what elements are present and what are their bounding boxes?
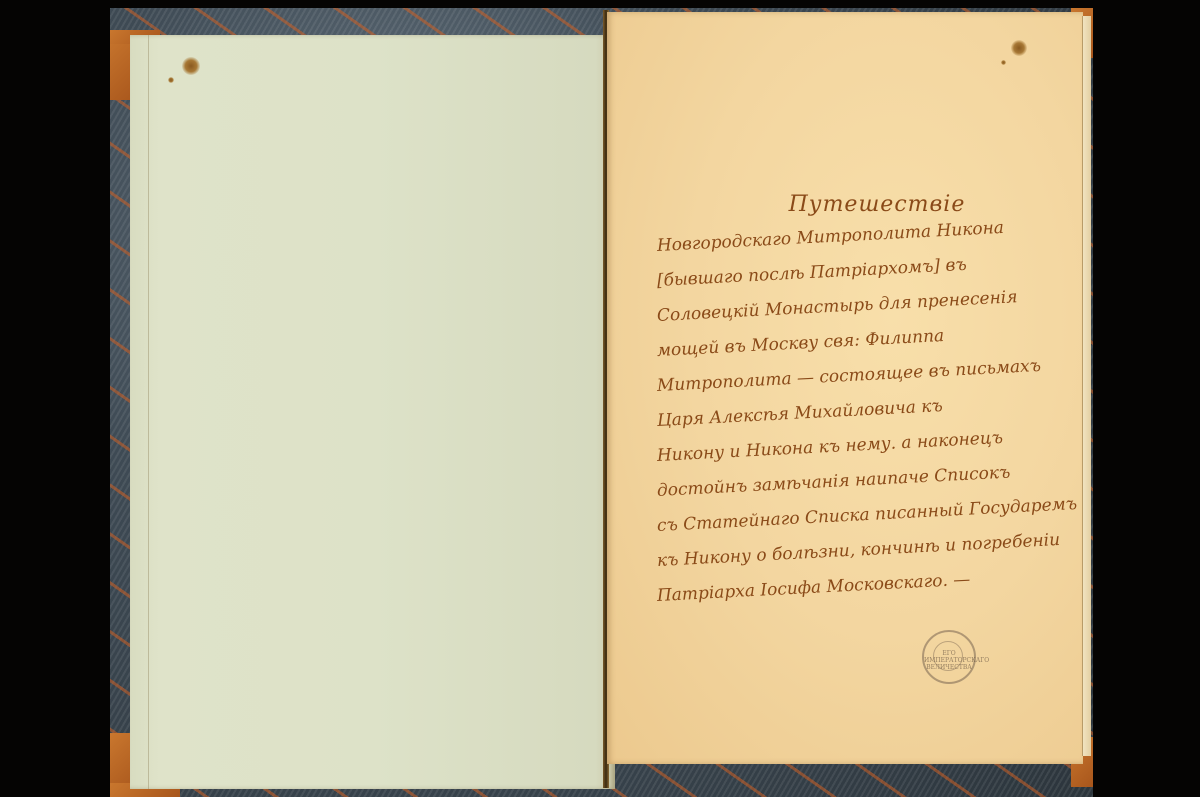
foxing-stain <box>168 77 174 83</box>
stamp-text: ЕГО ИМПЕРАТОРСКАГО ВЕЛИЧЕСТВА <box>924 650 974 671</box>
foxing-stain <box>182 57 200 75</box>
left-endpaper <box>130 35 615 789</box>
library-stamp: ЕГО ИМПЕРАТОРСКАГО ВЕЛИЧЕСТВА <box>922 630 976 684</box>
foxing-stain <box>1011 40 1027 56</box>
title-page: Путешествіе Новгородскаго Митрополита Ни… <box>607 12 1083 764</box>
handwritten-text: Путешествіе Новгородскаго Митрополита Ни… <box>657 192 1067 614</box>
open-book: Путешествіе Новгородскаго Митрополита Ни… <box>110 8 1093 797</box>
endpaper-fold-line <box>148 35 149 789</box>
page-edges <box>1082 16 1091 756</box>
foxing-stain <box>1001 60 1006 65</box>
